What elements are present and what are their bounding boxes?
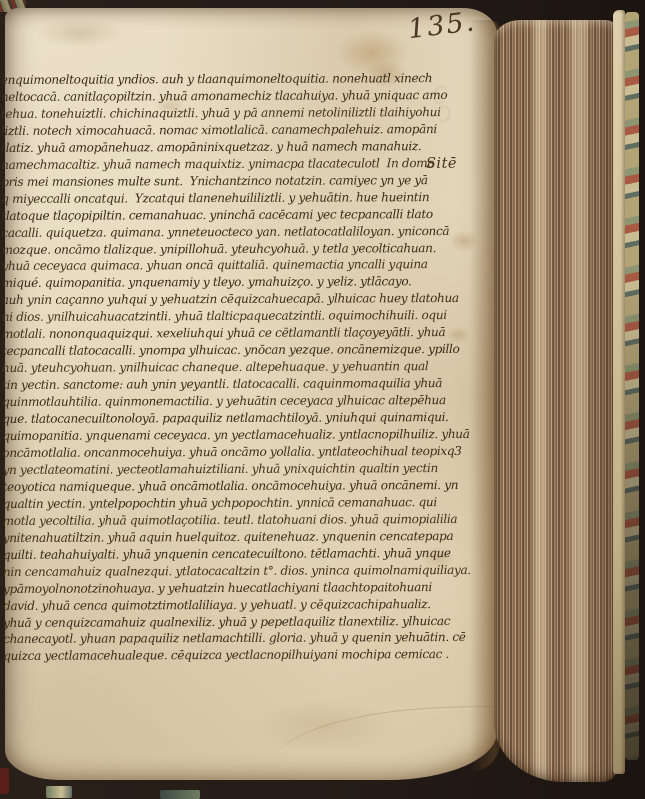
manuscript-line: oncāmotlalia. oncanmocehuiya. yhuā oncām… bbox=[2, 443, 448, 462]
cover-bit bbox=[0, 768, 9, 794]
cover-bit bbox=[160, 790, 200, 799]
manuscript-line: teoyotica namiqueque. yhuā oncāmotlalia.… bbox=[2, 477, 448, 496]
manuscript-line: tin yectin. sanctome: auh ynin yeyantli.… bbox=[2, 375, 448, 394]
manuscript-line: namechmacaltiz. yhuā namech maquixtiz. y… bbox=[1, 155, 447, 174]
manuscript-line: quimopanitia. ynquenami ceceyaca. yn yec… bbox=[2, 426, 448, 445]
manuscript-line: tlatoque tlaçopipiltin. cemanahuac. ynin… bbox=[1, 206, 447, 225]
manuscript-line: motla yecoltilia. yhuā quimotlaçotilia. … bbox=[3, 511, 449, 530]
foxing-stain bbox=[35, 18, 125, 48]
manuscript-line: ynitenahuatiltzin. yhuā aquin huelquitoz… bbox=[3, 528, 449, 547]
manuscript-line: motlali. nononquaquizqui. xexeliuhqui yh… bbox=[2, 324, 448, 343]
marbled-cover-edge bbox=[625, 12, 639, 760]
manuscript-line: liztli. notech ximocahuacā. nomac ximotl… bbox=[1, 121, 447, 140]
manuscript-line: quilti. teahahuiyalti. yhuā ynquenin cen… bbox=[3, 545, 449, 564]
manuscript-line: david. yhuā cenca quimotztimotlaliliaya.… bbox=[3, 596, 449, 615]
manuscript-line: yn yectlateomatini. yecteotlamahuiztilia… bbox=[2, 460, 448, 479]
manuscript-line: q miyeccalli oncatqui. Yzcatqui tlaneneh… bbox=[1, 189, 447, 208]
cover-bit bbox=[46, 786, 72, 798]
manuscript-line: huā. yteuhcyohuan. ynilhuicac chaneque. … bbox=[2, 358, 448, 377]
manuscript-line: pris mei mansiones multe sunt. Ynichantz… bbox=[1, 172, 447, 191]
manuscript-line: tehua. tonehuiztli. chichinaquiztli. yhu… bbox=[1, 104, 447, 123]
manuscript-line: qualtin yectin. yntelpopochtin yhuā ychp… bbox=[3, 494, 449, 513]
manuscript-line: auh ynin caçanno yuhqui y yehuatzin cēqu… bbox=[2, 290, 448, 309]
manuscript-line: ypāmoyolnonotzinohuaya. y yehuatzin huec… bbox=[3, 579, 449, 598]
manuscript-line: yhuā y cenquizcamahuiz qualnexiliz. yhuā… bbox=[3, 613, 449, 632]
manuscript-line: tlatiz. yhuā amopānehuaz. amopāninixquet… bbox=[1, 138, 447, 157]
book-fore-edge bbox=[494, 20, 618, 782]
text-block: enquimoneltoquitia yndios. auh y tlaanqu… bbox=[1, 70, 450, 665]
manuscript-line: miqué. quimopanitia. ynquenamiy y tleyo.… bbox=[2, 273, 448, 292]
manuscript-line: quizca yectlamacehualeque. cēquizca yect… bbox=[3, 646, 449, 665]
manuscript-line: tecpancalli tlatocacalli. ynompa ylhuica… bbox=[2, 341, 448, 360]
endpaper-edge bbox=[613, 10, 625, 774]
manuscript-line: quinmotlauhtilia. quinmonemactilia. y ye… bbox=[2, 392, 448, 411]
manuscript-line: chanecayotl. yhuan papaquiliz netlamacht… bbox=[3, 629, 449, 648]
manuscript-line: yhuā ceceyaca quimaca. yhuan oncā quitta… bbox=[2, 257, 448, 276]
manuscript-photo: 135. Sitē enquimoneltoquitia yndios. auh… bbox=[0, 0, 645, 799]
manuscript-line: neltocacā. canitlaçopiltzin. yhuā amonam… bbox=[1, 87, 447, 106]
manuscript-line: nin cencamahuiz qualnezqui. ytlatocacalt… bbox=[3, 562, 449, 581]
manuscript-line: enquimoneltoquitia yndios. auh y tlaanqu… bbox=[1, 70, 447, 89]
foxing-stain bbox=[335, 30, 409, 76]
manuscript-line: que. tlatocanecuiltonoloyā. papaquiliz n… bbox=[2, 409, 448, 428]
manuscript-line: ni dios. ynilhuicahuacatzintli. yhuā tla… bbox=[2, 307, 448, 326]
manuscript-line: mozque. oncāmo tlalizque. ynipillohuā. y… bbox=[1, 240, 447, 259]
manuscript-line: cacalli. quiquetza. quimana. ynneteuocte… bbox=[1, 223, 447, 242]
